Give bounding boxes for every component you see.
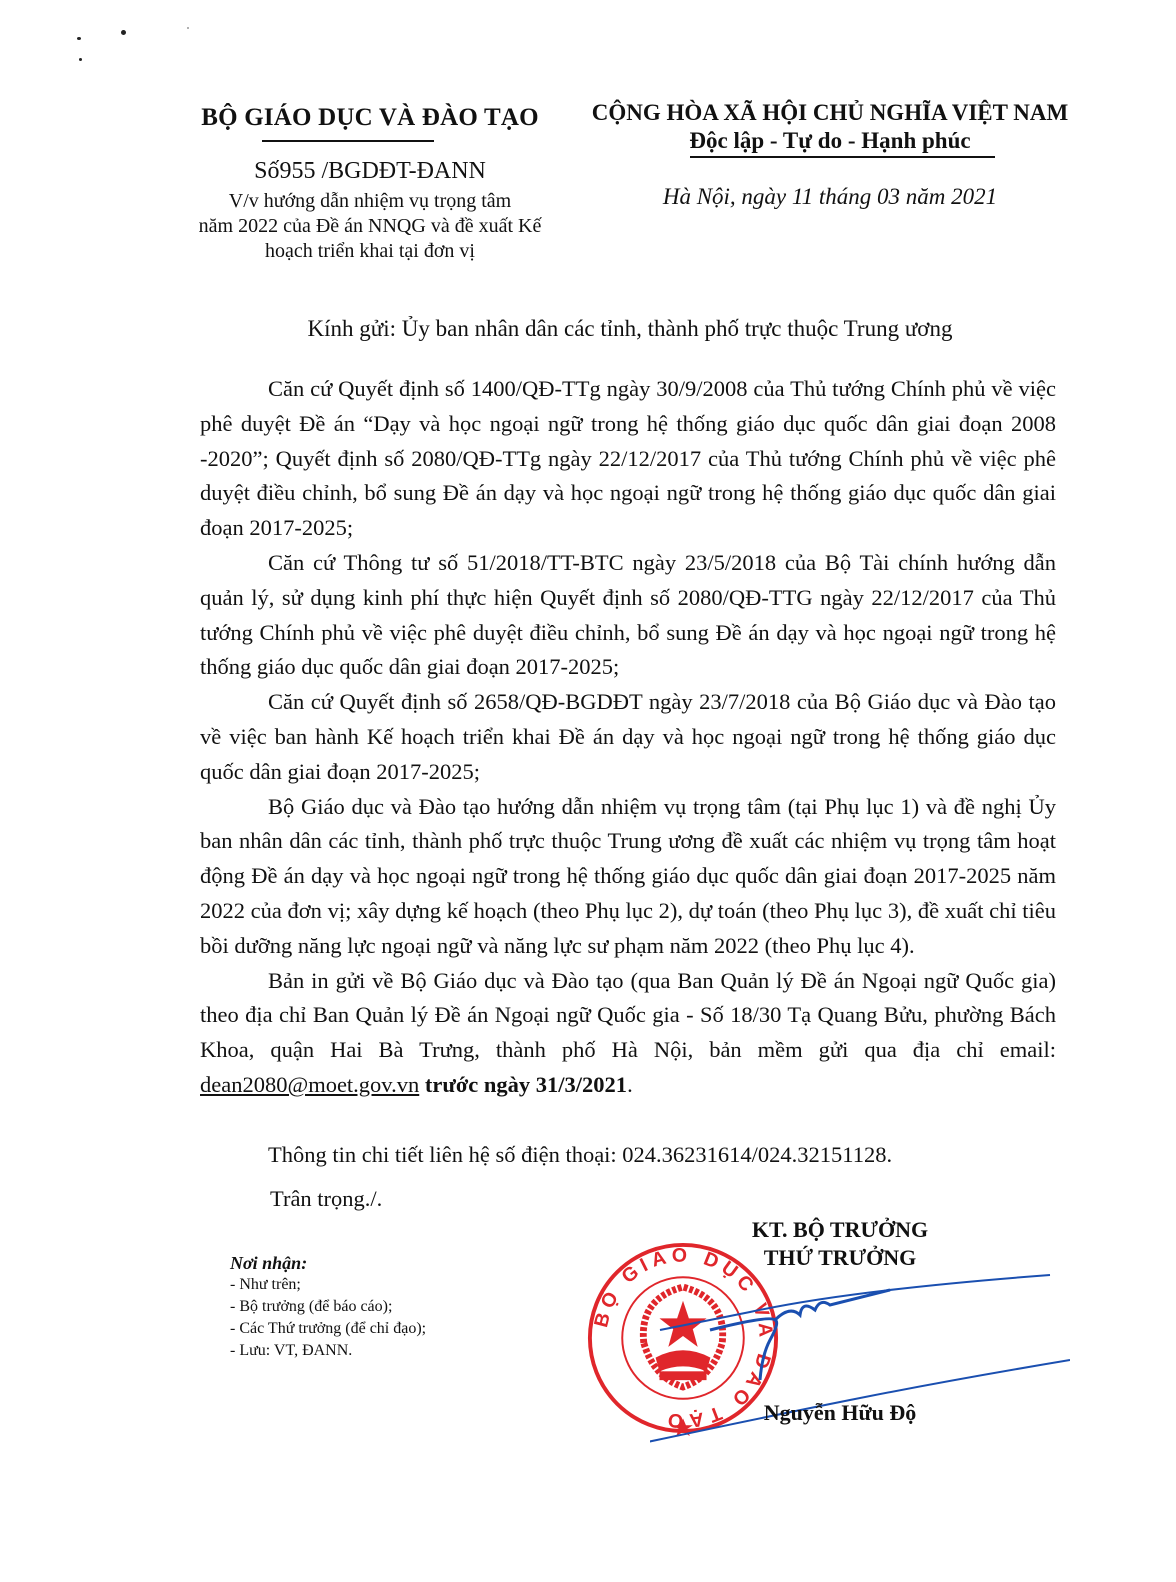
distribution-list: Nơi nhận: - Như trên; - Bộ trưởng (để bá… <box>230 1253 426 1362</box>
subject-line: năm 2022 của Đề án NNQG và đề xuất Kế <box>160 214 580 239</box>
signatory-name: Nguyễn Hữu Độ <box>700 1400 980 1426</box>
ministry-underline <box>262 140 434 142</box>
issuing-authority-block: BỘ GIÁO DỤC VÀ ĐÀO TẠO Số955 /BGDĐT-ĐANN… <box>160 104 580 264</box>
closing-regards: Trân trọng./. <box>270 1186 382 1212</box>
body-paragraph: Căn cứ Quyết định số 1400/QĐ-TTg ngày 30… <box>200 372 1056 546</box>
addressee: Kính gửi: Ủy ban nhân dân các tỉnh, thàn… <box>200 316 1060 342</box>
national-header-block: CỘNG HÒA XÃ HỘI CHỦ NGHĨA VIỆT NAM Độc l… <box>585 100 1075 210</box>
distribution-title: Nơi nhận: <box>230 1253 426 1274</box>
national-motto: Độc lập - Tự do - Hạnh phúc <box>689 128 970 154</box>
submission-paragraph: Bản in gửi về Bộ Giáo dục và Đào tạo (qu… <box>200 964 1056 1103</box>
distribution-item: - Các Thứ trưởng (để chỉ đạo); <box>230 1318 426 1340</box>
email-link[interactable]: dean2080@moet.gov.vn <box>200 1072 419 1097</box>
ministry-name: BỘ GIÁO DỤC VÀ ĐÀO TẠO <box>201 104 539 132</box>
body-paragraph: Căn cứ Quyết định số 2658/QĐ-BGDĐT ngày … <box>200 685 1056 789</box>
document-body: Căn cứ Quyết định số 1400/QĐ-TTg ngày 30… <box>200 372 1056 1103</box>
distribution-item: - Lưu: VT, ĐANN. <box>230 1340 426 1362</box>
nation-name: CỘNG HÒA XÃ HỘI CHỦ NGHĨA VIỆT NAM <box>585 100 1075 126</box>
body-paragraph: Căn cứ Thông tư số 51/2018/TT-BTC ngày 2… <box>200 546 1056 685</box>
subject-line: V/v hướng dẫn nhiệm vụ trọng tâm <box>160 189 580 214</box>
period: . <box>627 1072 633 1097</box>
submission-deadline: trước ngày 31/3/2021 <box>419 1072 627 1097</box>
subject-line: hoạch triển khai tại đơn vị <box>160 239 580 264</box>
body-paragraph: Bộ Giáo dục và Đào tạo hướng dẫn nhiệm v… <box>200 790 1056 964</box>
distribution-item: - Bộ trưởng (để báo cáo); <box>230 1296 426 1318</box>
distribution-item: - Như trên; <box>230 1274 426 1296</box>
document-subject: V/v hướng dẫn nhiệm vụ trọng tâm năm 202… <box>160 189 580 264</box>
place-and-date: Hà Nội, ngày 11 tháng 03 năm 2021 <box>585 184 1075 210</box>
submission-text: Bản in gửi về Bộ Giáo dục và Đào tạo (qu… <box>200 968 1056 1063</box>
handwritten-signature-icon <box>650 1260 1070 1460</box>
document-number: Số955 /BGDĐT-ĐANN <box>160 158 580 185</box>
contact-info: Thông tin chi tiết liên hệ số điện thoại… <box>268 1142 892 1168</box>
motto-underline <box>690 156 995 158</box>
